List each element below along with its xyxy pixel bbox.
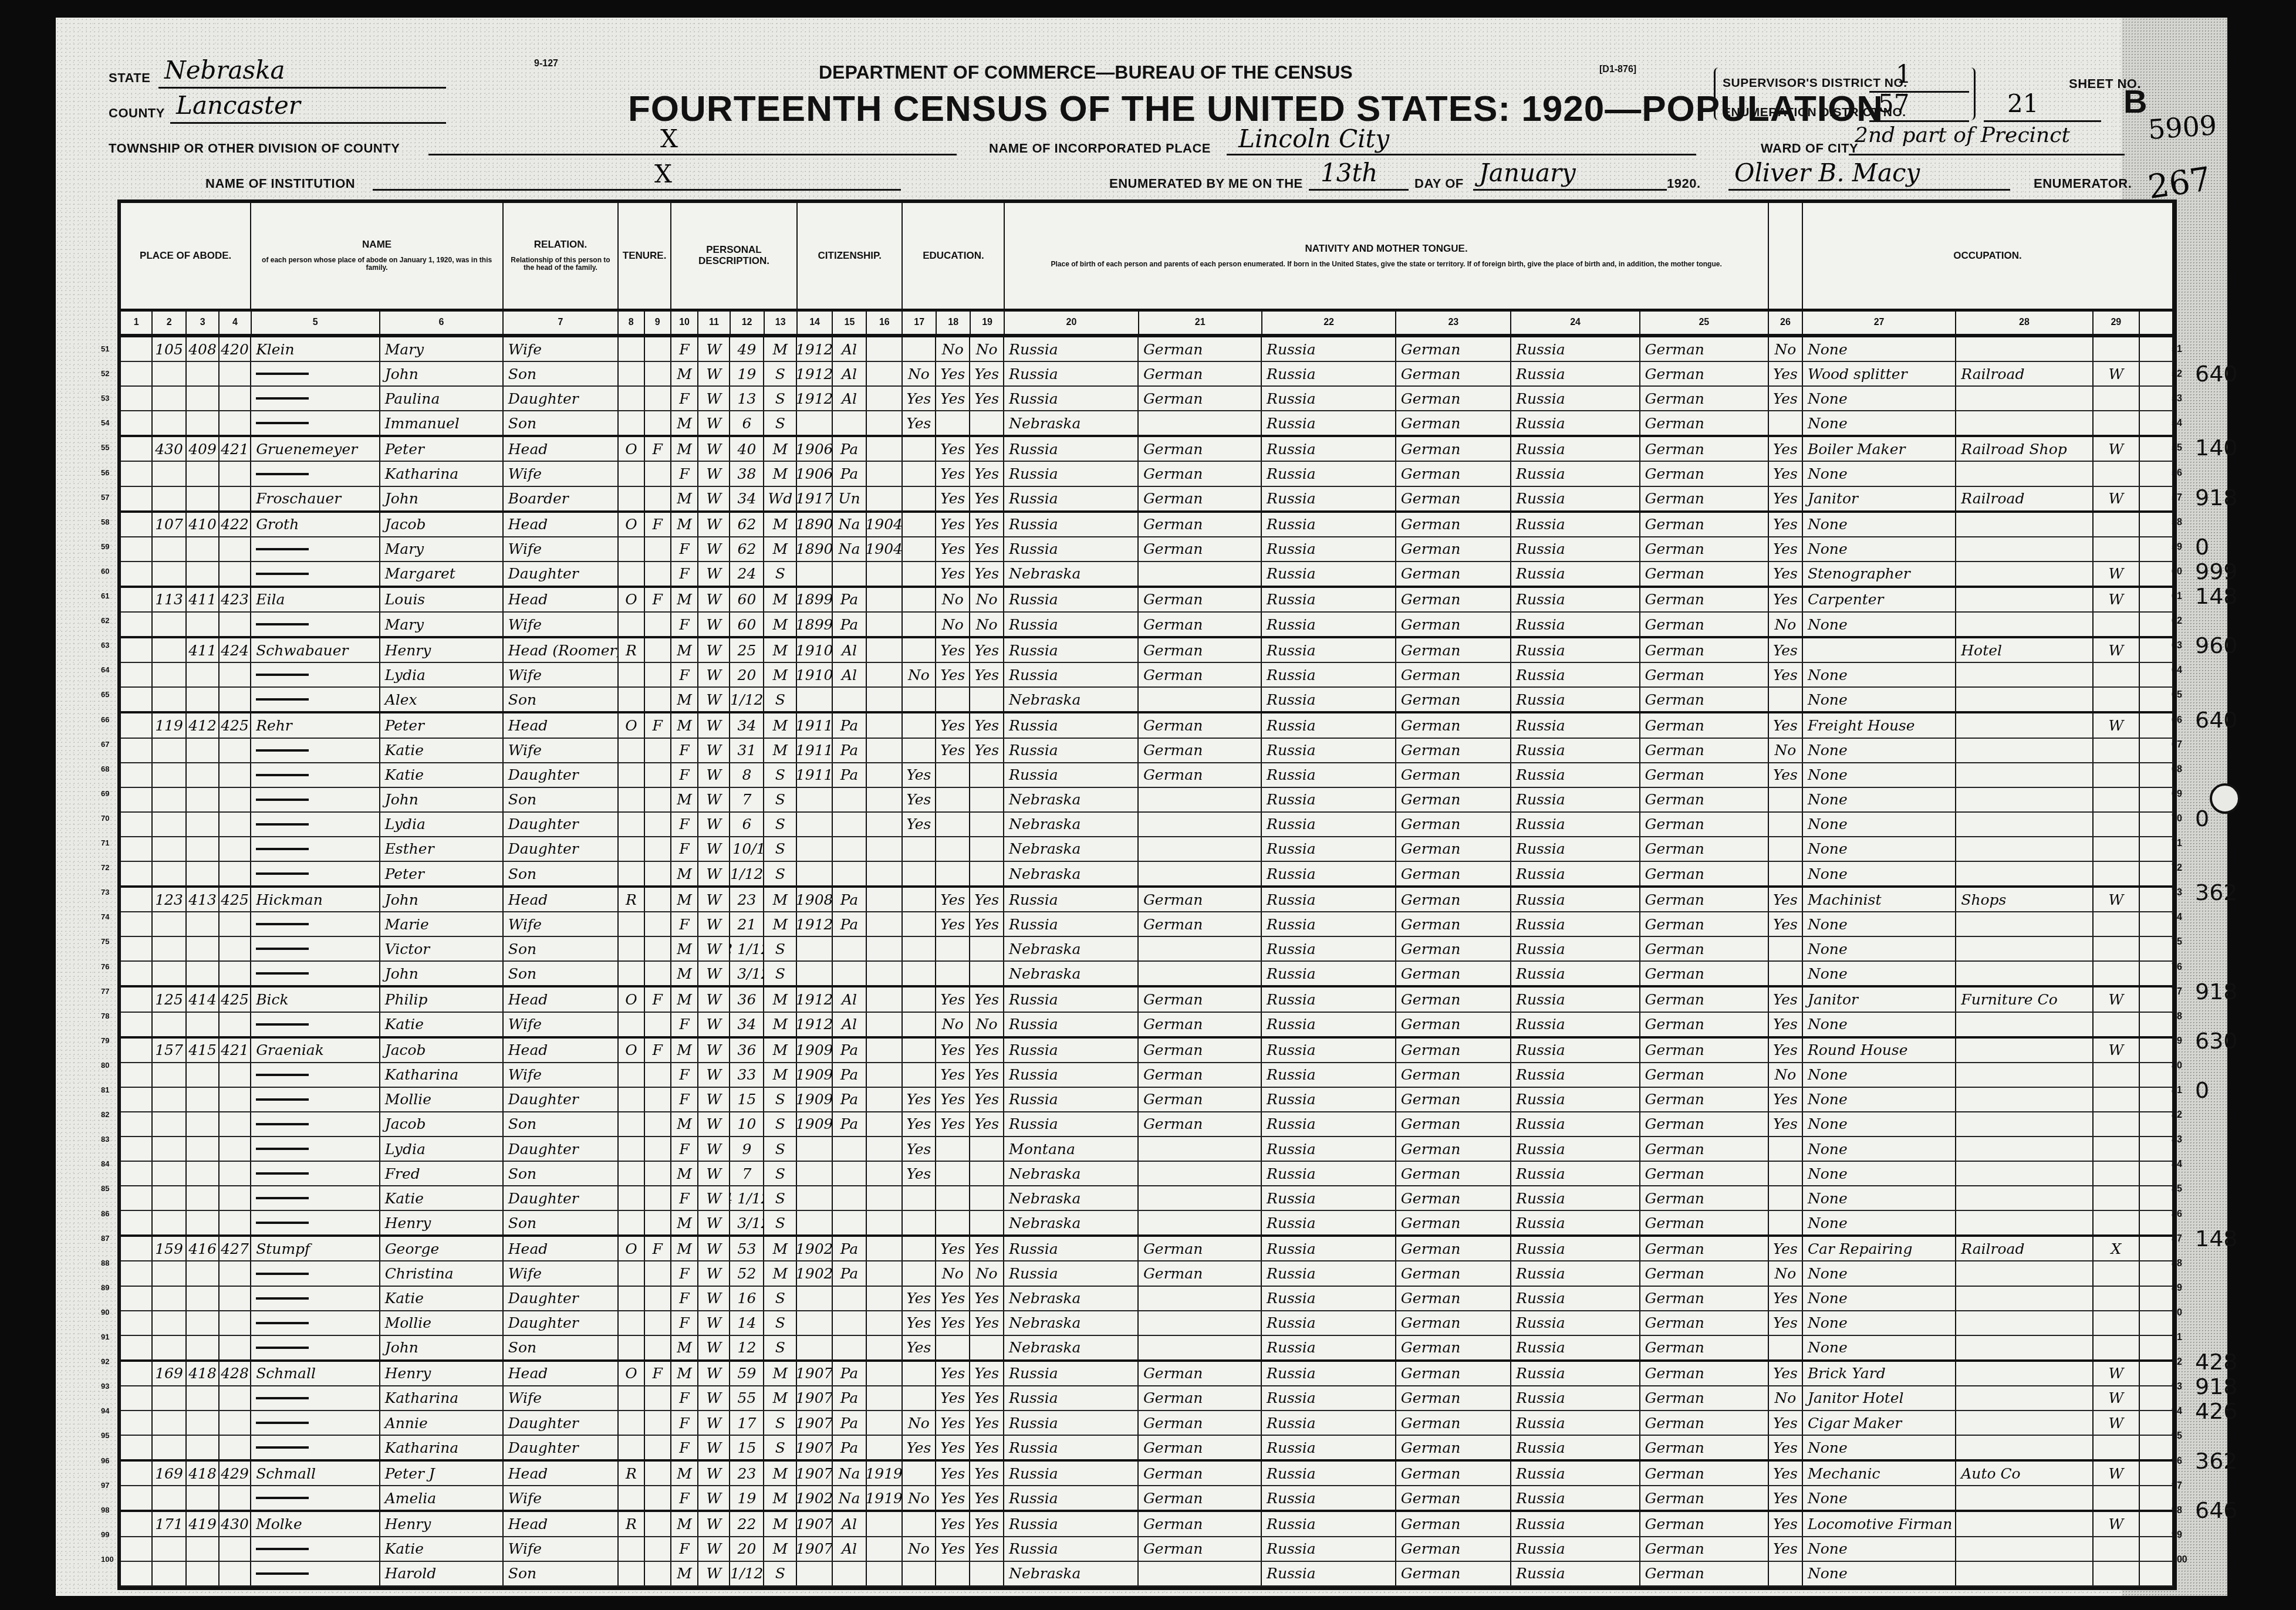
cell-house bbox=[153, 837, 187, 861]
table-row: KatharinaWifeFW33M1909PaYesYesRussiaGerm… bbox=[121, 1063, 2173, 1088]
cell-family bbox=[220, 562, 251, 586]
cell-mort bbox=[645, 487, 671, 510]
cell-imm: 1899 bbox=[797, 613, 833, 636]
ditto-mark bbox=[256, 623, 309, 625]
cell-natyr bbox=[867, 1261, 903, 1285]
cell-nat: Al bbox=[833, 663, 867, 686]
cell-family bbox=[220, 788, 251, 811]
cell-mt bbox=[1139, 562, 1262, 586]
cell-mbp: Russia bbox=[1511, 1311, 1640, 1335]
margin-occupation-code: 426 bbox=[2195, 1398, 2238, 1424]
cell-nat: Na bbox=[833, 1462, 867, 1485]
table-row: 123413425HickmanJohnHeadRMW23M1908PaYesY… bbox=[121, 888, 2173, 912]
cell-bp: Nebraska bbox=[1004, 813, 1139, 836]
cell-industry bbox=[1956, 1311, 2093, 1335]
cell-industry bbox=[1956, 1386, 2093, 1410]
cell-trade: Mechanic bbox=[1803, 1462, 1956, 1485]
cell-marital: S bbox=[764, 1411, 797, 1435]
cell-marital: M bbox=[764, 1537, 797, 1561]
cell-street bbox=[121, 862, 153, 885]
cell-class bbox=[2094, 613, 2140, 636]
cell-school bbox=[903, 1237, 937, 1260]
cell-eng bbox=[1769, 813, 1803, 836]
cell-mbp: Russia bbox=[1511, 1562, 1640, 1585]
header-relation-title: RELATION. bbox=[534, 239, 587, 251]
cell-industry bbox=[1956, 1013, 2093, 1036]
cell-industry bbox=[1956, 1436, 2093, 1459]
cell-class bbox=[2094, 1311, 2140, 1335]
cell-relation: Wife bbox=[504, 337, 619, 361]
enumerated-year: 1920. bbox=[1667, 176, 1701, 191]
cell-nat bbox=[833, 1287, 867, 1310]
ward-underline bbox=[1849, 154, 2125, 155]
cell-trade: Stenographer bbox=[1803, 562, 1956, 586]
cell-write: No bbox=[970, 337, 1004, 361]
cell-fbp: Russia bbox=[1262, 987, 1396, 1011]
cell-family bbox=[220, 387, 251, 410]
cell-given: Esther bbox=[380, 837, 504, 861]
cell-mt: German bbox=[1139, 987, 1262, 1011]
ditto-mark bbox=[256, 948, 309, 950]
cell-surname bbox=[251, 763, 380, 787]
cell-mt: German bbox=[1139, 1486, 1262, 1510]
cell-family bbox=[220, 1411, 251, 1435]
cell-dwelling: 416 bbox=[187, 1237, 220, 1260]
cell-relation: Wife bbox=[504, 1537, 619, 1561]
cell-surname bbox=[251, 837, 380, 861]
cell-imm: 1910 bbox=[797, 663, 833, 686]
cell-street bbox=[121, 1137, 153, 1161]
cell-relation: Head bbox=[504, 1362, 619, 1385]
cell-school bbox=[903, 1186, 937, 1210]
cell-age: 34 bbox=[730, 1013, 764, 1036]
cell-surname bbox=[251, 1013, 380, 1036]
cell-industry bbox=[1956, 763, 2093, 787]
cell-dwelling bbox=[187, 1486, 220, 1510]
column-number: 4 bbox=[220, 312, 251, 334]
cell-nat: Pa bbox=[833, 1436, 867, 1459]
cell-w29 bbox=[2140, 937, 2173, 960]
cell-mort bbox=[645, 1013, 671, 1036]
margin-occupation-code: 646 bbox=[2195, 1497, 2238, 1523]
cell-natyr: 1919 bbox=[867, 1462, 903, 1485]
cell-class bbox=[2094, 1063, 2140, 1087]
cell-mbp: Russia bbox=[1511, 862, 1640, 885]
sheet-underline bbox=[1984, 120, 2101, 122]
cell-write bbox=[970, 937, 1004, 960]
cell-mbp: Russia bbox=[1511, 1336, 1640, 1359]
cell-imm: 1912 bbox=[797, 912, 833, 936]
cell-mort bbox=[645, 763, 671, 787]
cell-read: Yes bbox=[936, 739, 970, 762]
cell-w29 bbox=[2140, 788, 2173, 811]
cell-marital: M bbox=[764, 337, 797, 361]
cell-age: 10 bbox=[730, 1112, 764, 1136]
cell-fbp: Russia bbox=[1262, 763, 1396, 787]
cell-mort bbox=[645, 663, 671, 686]
cell-class: W bbox=[2094, 588, 2140, 611]
cell-school bbox=[903, 513, 937, 536]
cell-marital: S bbox=[764, 1137, 797, 1161]
cell-trade: Brick Yard bbox=[1803, 1362, 1956, 1385]
cell-write: No bbox=[970, 1013, 1004, 1036]
cell-sex: F bbox=[671, 1386, 699, 1410]
cell-nat: Na bbox=[833, 537, 867, 561]
column-number: 9 bbox=[645, 312, 671, 334]
cell-natyr bbox=[867, 462, 903, 485]
cell-house: 113 bbox=[153, 588, 187, 611]
line-number: 62 bbox=[2172, 616, 2182, 627]
cell-eng: Yes bbox=[1769, 1088, 1803, 1111]
cell-dwelling bbox=[187, 362, 220, 385]
cell-family bbox=[220, 763, 251, 787]
cell-school: Yes bbox=[903, 411, 937, 435]
left-line-number: 92 bbox=[101, 1357, 109, 1366]
cell-trade: None bbox=[1803, 1112, 1956, 1136]
cell-mort bbox=[645, 937, 671, 960]
cell-trade: None bbox=[1803, 613, 1956, 636]
cell-mt bbox=[1139, 1311, 1262, 1335]
cell-imm bbox=[797, 562, 833, 586]
line-number: 64 bbox=[2172, 665, 2182, 676]
cell-bp: Russia bbox=[1004, 613, 1139, 636]
cell-relation: Head bbox=[504, 588, 619, 611]
cell-given: Katie bbox=[380, 1186, 504, 1210]
table-row: JohnSonMW1 3/12SNebraskaRussiaGermanRuss… bbox=[121, 962, 2173, 987]
cell-eng: Yes bbox=[1769, 663, 1803, 686]
cell-mort bbox=[645, 1261, 671, 1285]
cell-trade: Janitor bbox=[1803, 487, 1956, 510]
header-education-title: EDUCATION. bbox=[923, 251, 984, 262]
cell-trade: None bbox=[1803, 1063, 1956, 1087]
cell-eng: Yes bbox=[1769, 1287, 1803, 1310]
cell-eng bbox=[1769, 1562, 1803, 1585]
cell-surname: Schmall bbox=[251, 1462, 380, 1485]
cell-natyr bbox=[867, 1088, 903, 1111]
cell-marital: M bbox=[764, 588, 797, 611]
line-number: 98 bbox=[2172, 1506, 2182, 1516]
header-nativity-subtitle: Place of birth of each person and parent… bbox=[1051, 261, 1721, 268]
cell-mt bbox=[1139, 411, 1262, 435]
cell-fbp: Russia bbox=[1262, 862, 1396, 885]
cell-mmt: German bbox=[1640, 1088, 1769, 1111]
cell-own: R bbox=[619, 888, 645, 911]
left-line-number: 54 bbox=[101, 418, 109, 427]
cell-mbp: Russia bbox=[1511, 1039, 1640, 1062]
cell-trade: None bbox=[1803, 1287, 1956, 1310]
cell-school bbox=[903, 537, 937, 561]
cell-mt: German bbox=[1139, 1013, 1262, 1036]
cell-family: 425 bbox=[220, 987, 251, 1011]
cell-given: Katie bbox=[380, 1537, 504, 1561]
cell-write bbox=[970, 813, 1004, 836]
cell-mmt: German bbox=[1640, 788, 1769, 811]
table-row: 125414425BickPhilipHeadOFMW36M1912AlYesY… bbox=[121, 987, 2173, 1012]
cell-mbp: Russia bbox=[1511, 411, 1640, 435]
cell-fmt: German bbox=[1396, 1311, 1511, 1335]
cell-mmt: German bbox=[1640, 1311, 1769, 1335]
cell-natyr bbox=[867, 1562, 903, 1585]
cell-trade: None bbox=[1803, 1537, 1956, 1561]
cell-race: W bbox=[698, 337, 730, 361]
cell-class bbox=[2094, 1537, 2140, 1561]
department-title: DEPARTMENT OF COMMERCE—BUREAU OF THE CEN… bbox=[819, 62, 1353, 83]
cell-marital: S bbox=[764, 1562, 797, 1585]
cell-mt bbox=[1139, 813, 1262, 836]
cell-mbp: Russia bbox=[1511, 613, 1640, 636]
enumerated-label: ENUMERATED BY ME ON THE bbox=[1109, 176, 1303, 191]
cell-imm: 1911 bbox=[797, 713, 833, 737]
cell-nat: Na bbox=[833, 1486, 867, 1510]
cell-dwelling bbox=[187, 613, 220, 636]
cell-natyr bbox=[867, 912, 903, 936]
cell-fbp: Russia bbox=[1262, 1537, 1396, 1561]
cell-bp: Russia bbox=[1004, 1261, 1139, 1285]
left-line-number: 63 bbox=[101, 641, 109, 650]
cell-mmt: German bbox=[1640, 513, 1769, 536]
cell-nat: Al bbox=[833, 1013, 867, 1036]
cell-relation: Son bbox=[504, 362, 619, 385]
cell-write: Yes bbox=[970, 1088, 1004, 1111]
cell-surname bbox=[251, 937, 380, 960]
cell-eng bbox=[1769, 1336, 1803, 1359]
cell-write: Yes bbox=[970, 387, 1004, 410]
left-line-number: 77 bbox=[101, 987, 109, 996]
line-number: 68 bbox=[2172, 765, 2182, 775]
cell-trade: None bbox=[1803, 763, 1956, 787]
cell-natyr bbox=[867, 1162, 903, 1185]
table-row: MollieDaughterFW14SYesYesYesNebraskaRuss… bbox=[121, 1311, 2173, 1336]
cell-street bbox=[121, 513, 153, 536]
cell-age: 13 bbox=[730, 387, 764, 410]
cell-sex: M bbox=[671, 888, 699, 911]
cell-industry bbox=[1956, 837, 2093, 861]
cell-marital: M bbox=[764, 663, 797, 686]
cell-house bbox=[153, 739, 187, 762]
cell-fbp: Russia bbox=[1262, 813, 1396, 836]
cell-school: No bbox=[903, 1411, 937, 1435]
cell-mbp: Russia bbox=[1511, 362, 1640, 385]
cell-read bbox=[936, 1186, 970, 1210]
cell-fbp: Russia bbox=[1262, 513, 1396, 536]
cell-industry bbox=[1956, 1261, 2093, 1285]
cell-sex: M bbox=[671, 437, 699, 461]
cell-age: 19 bbox=[730, 362, 764, 385]
cell-street bbox=[121, 739, 153, 762]
cell-industry bbox=[1956, 1063, 2093, 1087]
cell-mbp: Russia bbox=[1511, 1063, 1640, 1087]
cell-street bbox=[121, 362, 153, 385]
cell-w29 bbox=[2140, 713, 2173, 737]
cell-family bbox=[220, 1211, 251, 1234]
cell-imm bbox=[797, 862, 833, 885]
table-row: 157415421GraeniakJacobHeadOFMW36M1909PaY… bbox=[121, 1039, 2173, 1063]
cell-w29 bbox=[2140, 613, 2173, 636]
sheet-number: 21 bbox=[2007, 89, 2038, 118]
cell-mt: German bbox=[1139, 1411, 1262, 1435]
cell-trade: None bbox=[1803, 837, 1956, 861]
left-line-number: 65 bbox=[101, 690, 109, 699]
cell-mbp: Russia bbox=[1511, 562, 1640, 586]
cell-bp: Russia bbox=[1004, 513, 1139, 536]
cell-nat bbox=[833, 788, 867, 811]
column-number: 26 bbox=[1769, 312, 1803, 334]
line-number: 78 bbox=[2172, 1012, 2182, 1022]
column-number: 24 bbox=[1511, 312, 1640, 334]
cell-natyr bbox=[867, 862, 903, 885]
cell-write: Yes bbox=[970, 912, 1004, 936]
cell-natyr bbox=[867, 813, 903, 836]
column-number: 20 bbox=[1005, 312, 1139, 334]
cell-imm: 1909 bbox=[797, 1063, 833, 1087]
cell-mort bbox=[645, 362, 671, 385]
cell-mmt: German bbox=[1640, 763, 1769, 787]
cell-school bbox=[903, 562, 937, 586]
table-row: ImmanuelSonMW6SYesNebraskaRussiaGermanRu… bbox=[121, 411, 2173, 437]
cell-family bbox=[220, 1088, 251, 1111]
table-row: PaulinaDaughterFW13S1912AlYesYesYesRussi… bbox=[121, 387, 2173, 411]
cell-street bbox=[121, 987, 153, 1011]
cell-given: Lydia bbox=[380, 1137, 504, 1161]
cell-mort: F bbox=[645, 987, 671, 1011]
cell-trade: None bbox=[1803, 1186, 1956, 1210]
cell-given: Lydia bbox=[380, 663, 504, 686]
cell-age: 36 bbox=[730, 987, 764, 1011]
cell-imm bbox=[797, 962, 833, 985]
cell-industry bbox=[1956, 1162, 2093, 1185]
line-number: 70 bbox=[2172, 814, 2182, 824]
cell-fmt: German bbox=[1396, 1537, 1511, 1561]
cell-bp: Russia bbox=[1004, 1386, 1139, 1410]
cell-age: 40 bbox=[730, 437, 764, 461]
cell-school: Yes bbox=[903, 813, 937, 836]
cell-fbp: Russia bbox=[1262, 588, 1396, 611]
cell-bp: Russia bbox=[1004, 1537, 1139, 1561]
cell-surname bbox=[251, 1186, 380, 1210]
cell-mbp: Russia bbox=[1511, 1362, 1640, 1385]
cell-relation: Head (Roomer) bbox=[504, 638, 619, 662]
cell-age: 38 bbox=[730, 462, 764, 485]
cell-marital: S bbox=[764, 788, 797, 811]
table-row: MaryWifeFW62M1890Na1904YesYesRussiaGerma… bbox=[121, 537, 2173, 562]
cell-sex: M bbox=[671, 862, 699, 885]
cell-imm bbox=[797, 688, 833, 711]
cell-given: Katharina bbox=[380, 1436, 504, 1459]
line-number: 60 bbox=[2172, 567, 2182, 577]
table-row: LydiaDaughterFW6SYesNebraskaRussiaGerman… bbox=[121, 813, 2173, 837]
margin-occupation-code: 428 bbox=[2195, 1349, 2238, 1375]
cell-given: Mollie bbox=[380, 1311, 504, 1335]
cell-mbp: Russia bbox=[1511, 788, 1640, 811]
cell-w29 bbox=[2140, 1362, 2173, 1385]
header-personal-description: PERSONAL DESCRIPTION. bbox=[671, 203, 798, 309]
column-number: 11 bbox=[698, 312, 730, 334]
cell-street bbox=[121, 912, 153, 936]
margin-occupation-code: 960 bbox=[2195, 632, 2238, 658]
margin-occupation-code: 148 bbox=[2195, 1226, 2238, 1252]
line-number: 59 bbox=[2172, 542, 2182, 553]
cell-school: Yes bbox=[903, 1162, 937, 1185]
cell-given: Jacob bbox=[380, 1039, 504, 1062]
cell-street bbox=[121, 1211, 153, 1234]
cell-read bbox=[936, 688, 970, 711]
cell-bp: Russia bbox=[1004, 888, 1139, 911]
cell-eng: No bbox=[1769, 613, 1803, 636]
cell-fmt: German bbox=[1396, 1112, 1511, 1136]
cell-bp: Nebraska bbox=[1004, 1336, 1139, 1359]
cell-class bbox=[2094, 1336, 2140, 1359]
cell-own bbox=[619, 1386, 645, 1410]
cell-bp: Nebraska bbox=[1004, 837, 1139, 861]
cell-age: 60 bbox=[730, 613, 764, 636]
cell-surname bbox=[251, 387, 380, 410]
cell-own: O bbox=[619, 1237, 645, 1260]
cell-write: Yes bbox=[970, 1287, 1004, 1310]
left-line-number: 88 bbox=[101, 1259, 109, 1267]
margin-occupation-code: 362 bbox=[2195, 880, 2238, 905]
cell-fbp: Russia bbox=[1262, 487, 1396, 510]
cell-mort: F bbox=[645, 588, 671, 611]
cell-bp: Russia bbox=[1004, 588, 1139, 611]
cell-mort bbox=[645, 1211, 671, 1234]
cell-house bbox=[153, 1137, 187, 1161]
cell-mmt: German bbox=[1640, 1186, 1769, 1210]
cell-street bbox=[121, 1311, 153, 1335]
cell-dwelling bbox=[187, 962, 220, 985]
cell-house bbox=[153, 1537, 187, 1561]
ditto-mark bbox=[256, 548, 309, 550]
cell-mort bbox=[645, 813, 671, 836]
cell-mort bbox=[645, 1512, 671, 1535]
cell-imm: 1909 bbox=[797, 1088, 833, 1111]
left-line-number: 96 bbox=[101, 1456, 109, 1465]
column-number: 7 bbox=[504, 312, 619, 334]
cell-natyr bbox=[867, 1436, 903, 1459]
cell-bp: Russia bbox=[1004, 1237, 1139, 1260]
cell-surname bbox=[251, 562, 380, 586]
cell-relation: Daughter bbox=[504, 1311, 619, 1335]
cell-mbp: Russia bbox=[1511, 513, 1640, 536]
cell-trade: None bbox=[1803, 688, 1956, 711]
cell-eng: Yes bbox=[1769, 513, 1803, 536]
cell-street bbox=[121, 663, 153, 686]
cell-nat: Pa bbox=[833, 888, 867, 911]
cell-write: Yes bbox=[970, 1462, 1004, 1485]
cell-bp: Russia bbox=[1004, 1411, 1139, 1435]
cell-marital: Wd bbox=[764, 487, 797, 510]
column-number: 18 bbox=[937, 312, 971, 334]
cell-natyr bbox=[867, 1137, 903, 1161]
cell-imm: 1907 bbox=[797, 1362, 833, 1385]
cell-race: W bbox=[698, 1512, 730, 1535]
column-number: 25 bbox=[1640, 312, 1769, 334]
cell-fmt: German bbox=[1396, 837, 1511, 861]
cell-w29 bbox=[2140, 912, 2173, 936]
cell-mmt: German bbox=[1640, 688, 1769, 711]
cell-school bbox=[903, 1462, 937, 1485]
cell-w29 bbox=[2140, 1287, 2173, 1310]
cell-own bbox=[619, 1336, 645, 1359]
header-personal-description-title: PERSONAL DESCRIPTION. bbox=[673, 245, 795, 266]
cell-mbp: Russia bbox=[1511, 1486, 1640, 1510]
cell-given: Peter bbox=[380, 437, 504, 461]
cell-surname: Eila bbox=[251, 588, 380, 611]
header-place-of-abode-title: PLACE OF ABODE. bbox=[140, 251, 231, 262]
cell-eng: Yes bbox=[1769, 1436, 1803, 1459]
cell-age: 36 bbox=[730, 1039, 764, 1062]
cell-age: 2 1/12 bbox=[730, 937, 764, 960]
cell-mt bbox=[1139, 1186, 1262, 1210]
